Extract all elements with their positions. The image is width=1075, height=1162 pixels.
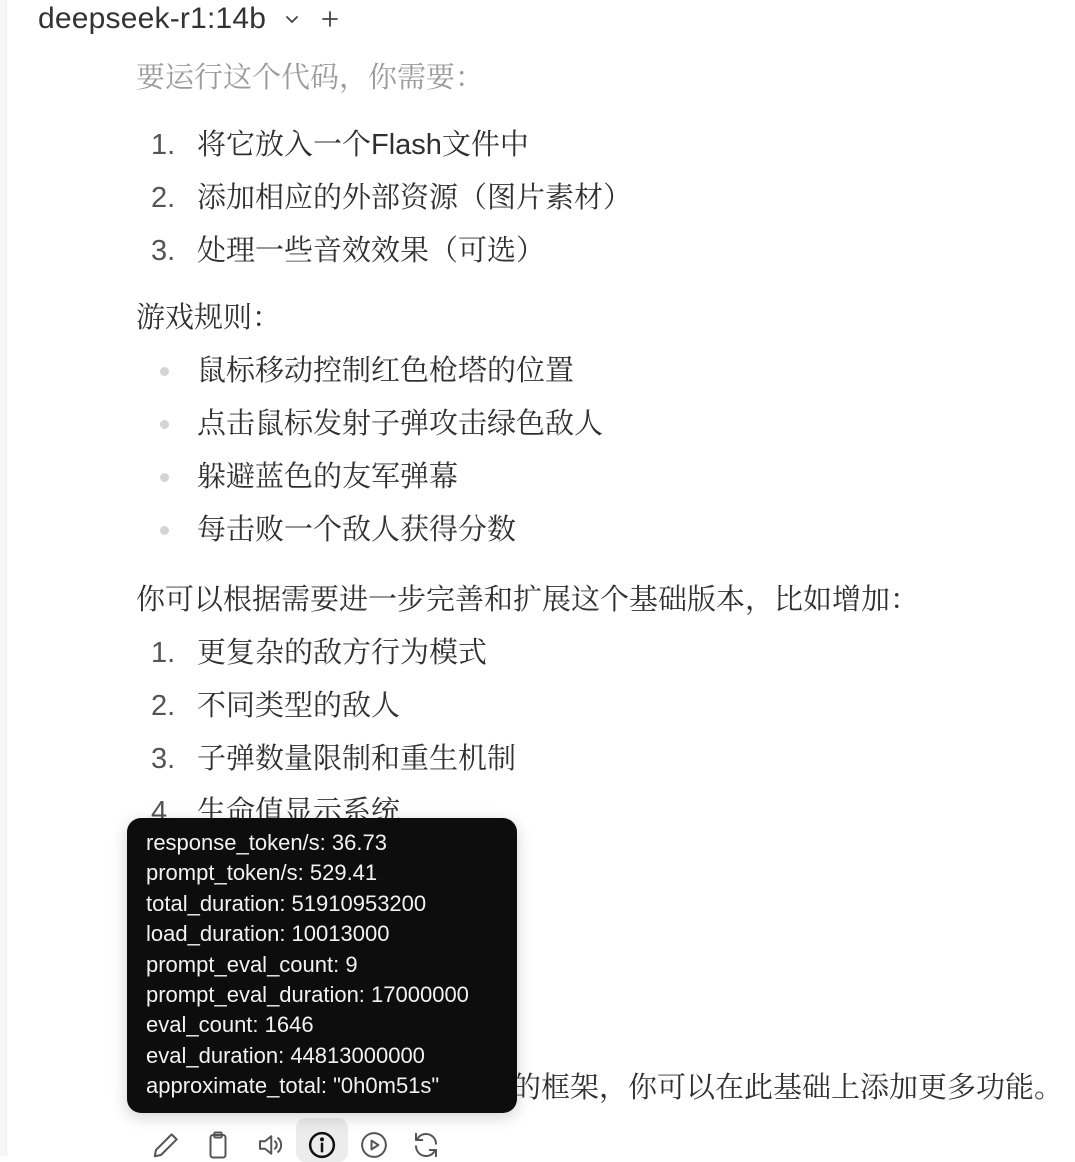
extend-text: 你可以根据需要进一步完善和扩展这个基础版本，比如增加： [136,574,1075,627]
edit-button[interactable] [140,1118,192,1156]
steps-list: 1.将它放入一个Flash文件中 2.添加相应的外部资源（图片素材） 3.处理一… [136,119,1075,278]
rules-heading: 游戏规则： [136,292,1075,345]
regenerate-button[interactable] [400,1118,452,1156]
chat-header: deepseek-r1:14b [38,0,342,38]
clipboard-icon [203,1130,233,1156]
bullet-icon [160,473,169,482]
tooltip-line: load_duration: 10013000 [146,919,498,949]
list-item: 3.子弹数量限制和重生机制 [136,733,1075,786]
list-item: 1.将它放入一个Flash文件中 [136,119,1075,172]
extensions-list: 1.更复杂的敌方行为模式 2.不同类型的敌人 3.子弹数量限制和重生机制 4.生… [136,627,1075,839]
tooltip-line: response_token/s: 36.73 [146,828,498,858]
list-item: 躲避蓝色的友军弹幕 [136,451,1075,504]
pencil-icon [151,1130,181,1156]
assistant-message: 要运行这个代码，你需要： 1.将它放入一个Flash文件中 2.添加相应的外部资… [136,52,1075,839]
list-item: 点击鼠标发射子弹攻击绿色敌人 [136,398,1075,451]
list-item: 鼠标移动控制红色枪塔的位置 [136,345,1075,398]
generation-info-tooltip: response_token/s: 36.73 prompt_token/s: … [127,818,517,1113]
tooltip-line: prompt_token/s: 529.41 [146,858,498,888]
continue-button[interactable] [348,1118,400,1156]
tooltip-line: eval_duration: 44813000000 [146,1041,498,1071]
rules-list: 鼠标移动控制红色枪塔的位置 点击鼠标发射子弹攻击绿色敌人 躲避蓝色的友军弹幕 每… [136,345,1075,557]
bullet-icon [160,367,169,376]
copy-button[interactable] [192,1118,244,1156]
info-icon [307,1130,337,1156]
model-selector[interactable]: deepseek-r1:14b [38,2,266,36]
chevron-down-icon[interactable] [280,7,304,31]
list-item: 2.不同类型的敌人 [136,680,1075,733]
tooltip-line: prompt_eval_duration: 17000000 [146,980,498,1010]
read-aloud-button[interactable] [244,1118,296,1156]
refresh-icon [411,1130,441,1156]
list-item: 3.处理一些音效效果（可选） [136,225,1075,278]
list-item: 1.更复杂的敌方行为模式 [136,627,1075,680]
list-item: 2.添加相应的外部资源（图片素材） [136,172,1075,225]
play-circle-icon [359,1130,389,1156]
bullet-icon [160,526,169,535]
bullet-icon [160,420,169,429]
plus-icon[interactable] [318,7,342,31]
intro-text: 要运行这个代码，你需要： [136,52,1075,105]
message-toolbar [140,1118,452,1156]
tooltip-line: total_duration: 51910953200 [146,889,498,919]
tooltip-line: approximate_total: "0h0m51s" [146,1071,498,1101]
speaker-icon [255,1130,285,1156]
generation-info-button[interactable] [296,1118,348,1156]
sidebar-edge [0,0,7,1156]
closing-text: 的框架，你可以在此基础上添加更多功能。 [512,1062,1063,1115]
tooltip-line: prompt_eval_count: 9 [146,950,498,980]
list-item: 每击败一个敌人获得分数 [136,504,1075,557]
tooltip-line: eval_count: 1646 [146,1010,498,1040]
